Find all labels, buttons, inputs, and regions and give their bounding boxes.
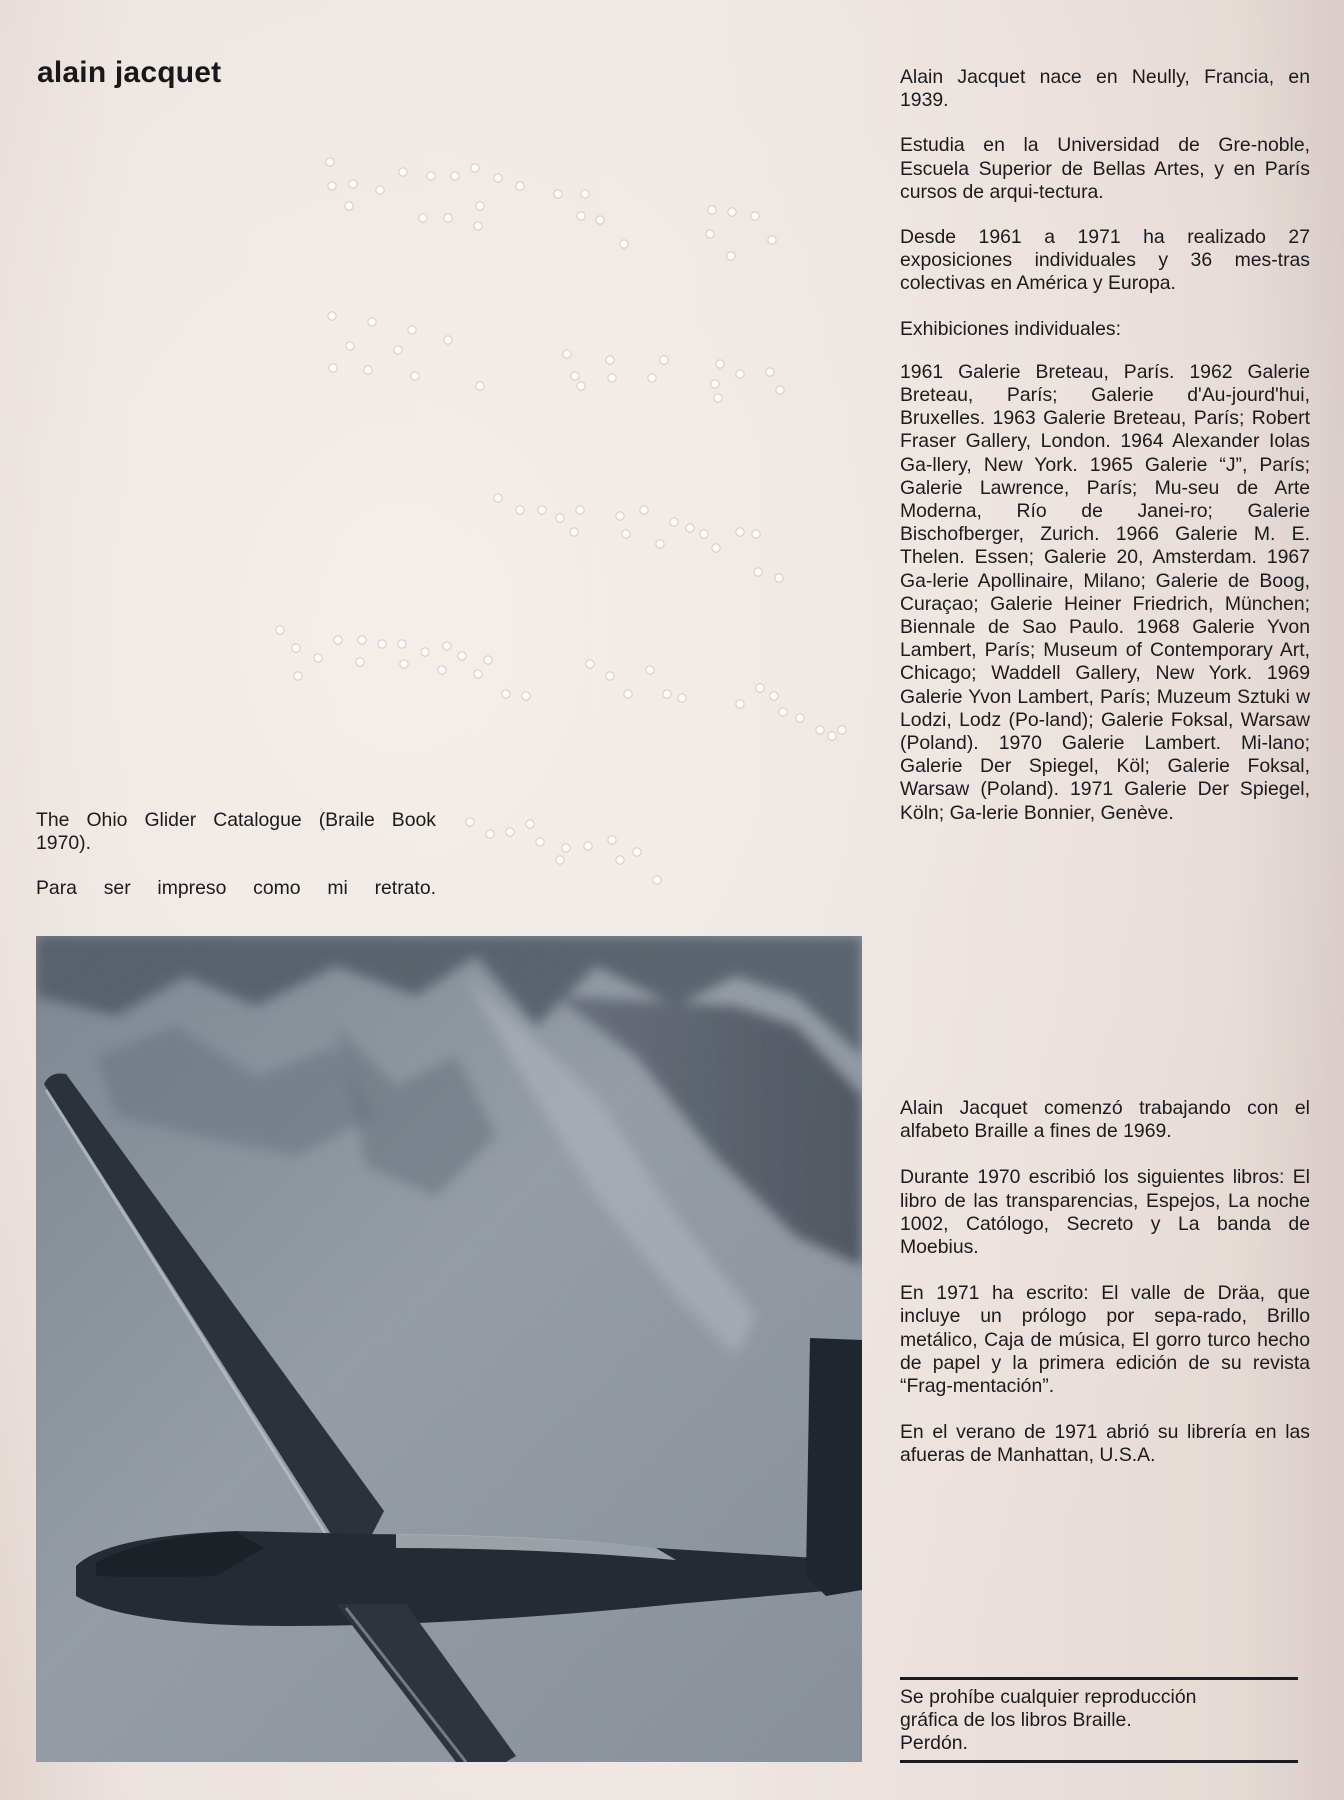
notice-line: Se prohíbe cualquier reproducción <box>900 1686 1298 1709</box>
bio-birth: Alain Jacquet nace en Neully, Francia, e… <box>900 66 1310 112</box>
braille-start: Alain Jacquet comenzó trabajando con el … <box>900 1097 1310 1143</box>
bio-education: Estudia en la Universidad de Gre-noble, … <box>900 134 1310 204</box>
notice-line: gráfica de los libros Braille. <box>900 1709 1298 1732</box>
photo-caption: The Ohio Glider Catalogue (Braile Book 1… <box>36 809 436 923</box>
braille-embossing <box>0 0 900 900</box>
bio-exhibitions-heading: Exhibiciones individuales: <box>900 318 1310 341</box>
glider-image <box>36 936 862 1762</box>
glider-photo <box>36 936 862 1762</box>
books-1971: En 1971 ha escrito: El valle de Dräa, qu… <box>900 1282 1310 1398</box>
bio-exhibitions-list: 1961 Galerie Breteau, París. 1962 Galeri… <box>900 361 1310 825</box>
magazine-page: alain jacquet Alain Jacquet nace en Neul… <box>0 0 1344 1800</box>
bookstore-1971: En el verano de 1971 abrió su librería e… <box>900 1421 1310 1467</box>
reproduction-notice: Se prohíbe cualquier reproducción gráfic… <box>900 1677 1298 1763</box>
notice-line: Perdón. <box>900 1732 1298 1755</box>
page-title: alain jacquet <box>37 56 221 90</box>
bio-exhibitions-summary: Desde 1961 a 1971 ha realizado 27 exposi… <box>900 226 1310 296</box>
braille-work-column: Alain Jacquet comenzó trabajando con el … <box>900 1097 1310 1491</box>
biography-column: Alain Jacquet nace en Neully, Francia, e… <box>900 66 1310 847</box>
caption-title: The Ohio Glider Catalogue (Braile Book 1… <box>36 809 436 855</box>
caption-subtitle: Para ser impreso como mi retrato. <box>36 877 436 900</box>
books-1970: Durante 1970 escribió los siguientes lib… <box>900 1166 1310 1259</box>
